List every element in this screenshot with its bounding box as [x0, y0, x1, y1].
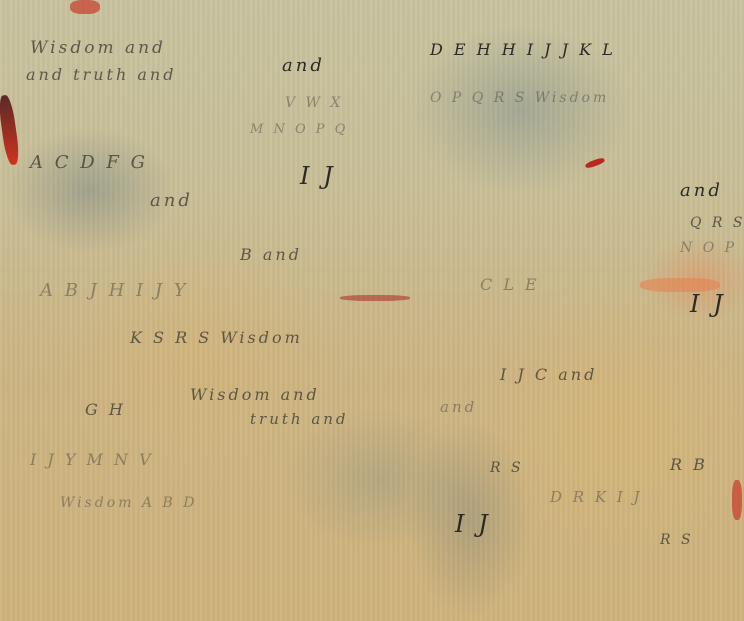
painting-canvas: Wisdom andand truth andandD E H H I J J …	[0, 0, 744, 621]
script-text: I J Y M N V	[30, 450, 154, 469]
script-text: truth and	[250, 410, 349, 428]
script-text: D E H H I J J K L	[430, 40, 616, 59]
script-text: B and	[240, 245, 302, 264]
script-text: and	[680, 180, 723, 201]
script-text: R B	[670, 455, 708, 474]
script-text: K S R S Wisdom	[130, 328, 303, 347]
script-text: R S	[660, 532, 694, 548]
script-text: and truth and	[26, 65, 176, 84]
script-text: O P Q R S Wisdom	[430, 90, 609, 106]
script-text: D R K I J	[550, 488, 643, 506]
script-text: C L E	[480, 275, 540, 294]
script-text: V W X	[285, 95, 343, 111]
script-text: I J	[690, 290, 726, 318]
script-text: I J C and	[500, 365, 597, 384]
script-text: Wisdom and	[190, 385, 320, 404]
script-text: I J	[300, 162, 336, 190]
red-stroke-topleft	[70, 0, 100, 14]
script-text: Wisdom and	[30, 38, 166, 58]
script-text: Wisdom A B D	[60, 495, 197, 511]
texture-streaks	[0, 0, 744, 621]
script-text: N O P	[680, 240, 737, 256]
script-text: R S	[490, 460, 524, 476]
script-text: M N O P Q	[250, 122, 348, 137]
script-text: and	[440, 398, 477, 416]
script-text: and	[150, 190, 193, 211]
red-scribble-center	[340, 295, 410, 301]
script-text: and	[282, 55, 325, 76]
script-text: A B J H I J Y	[40, 280, 189, 301]
script-text: G H	[85, 400, 126, 419]
script-text: A C D F G	[30, 152, 148, 173]
script-text: Q R S	[690, 215, 744, 231]
script-text: I J	[455, 510, 491, 538]
red-stroke-bottomright	[732, 480, 742, 520]
